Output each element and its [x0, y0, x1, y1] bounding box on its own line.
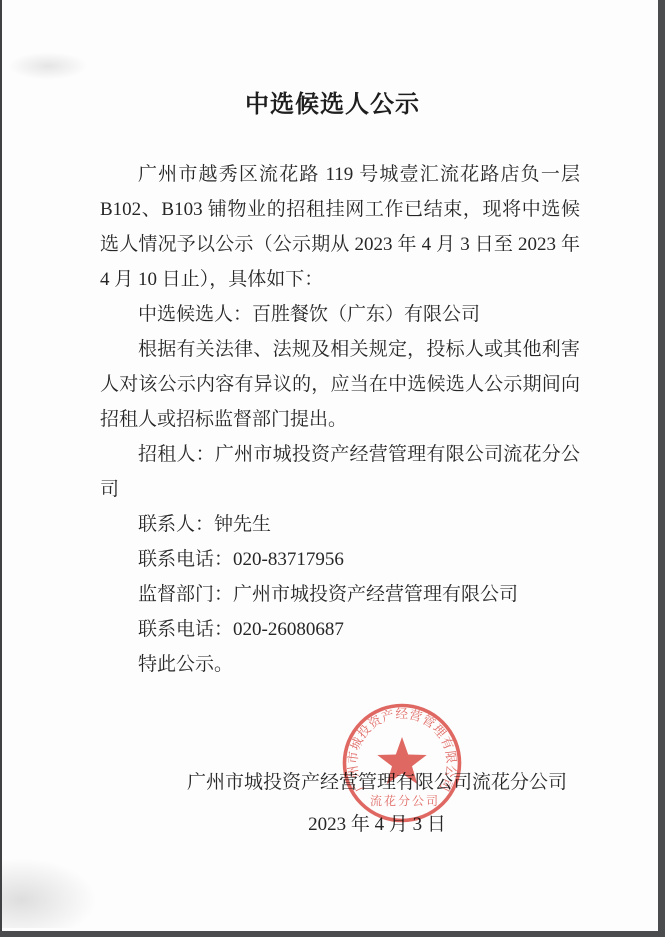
page-title: 中选候选人公示	[0, 84, 665, 119]
scan-smudge	[2, 858, 97, 928]
selected-candidate-line: 中选候选人：百胜餐饮（广东）有限公司	[100, 297, 580, 332]
closing-line: 特此公示。	[100, 647, 580, 682]
document-body: 广州市越秀区流花路 119 号城壹汇流花路店负一层 B102、B103 铺物业的…	[100, 157, 580, 682]
renter-line: 招租人：广州市城投资产经营管理有限公司流花分公司	[100, 437, 580, 507]
intro-paragraph: 广州市越秀区流花路 119 号城壹汇流花路店负一层 B102、B103 铺物业的…	[100, 157, 580, 297]
seal-bottom-text: 流花分公司	[370, 793, 440, 808]
contact-phone-line: 联系电话：020-83717956	[100, 542, 580, 577]
scan-edge-left	[0, 0, 2, 937]
scan-smudge	[8, 52, 88, 80]
supervisor-phone-line: 联系电话：020-26080687	[100, 612, 580, 647]
official-seal: 广州市城投资产经营管理有限公司 流花分公司	[339, 700, 465, 826]
objection-paragraph: 根据有关法律、法规及相关规定，投标人或其他利害人对该公示内容有异议的，应当在中选…	[100, 332, 580, 437]
supervisor-department-line: 监督部门：广州市城投资产经营管理有限公司	[100, 577, 580, 612]
scan-edge-bottom	[0, 931, 665, 937]
star-icon	[377, 737, 426, 784]
contact-person-line: 联系人：钟先生	[100, 507, 580, 542]
scan-edge-right	[658, 0, 665, 937]
document-page: 中选候选人公示 广州市越秀区流花路 119 号城壹汇流花路店负一层 B102、B…	[0, 0, 665, 937]
